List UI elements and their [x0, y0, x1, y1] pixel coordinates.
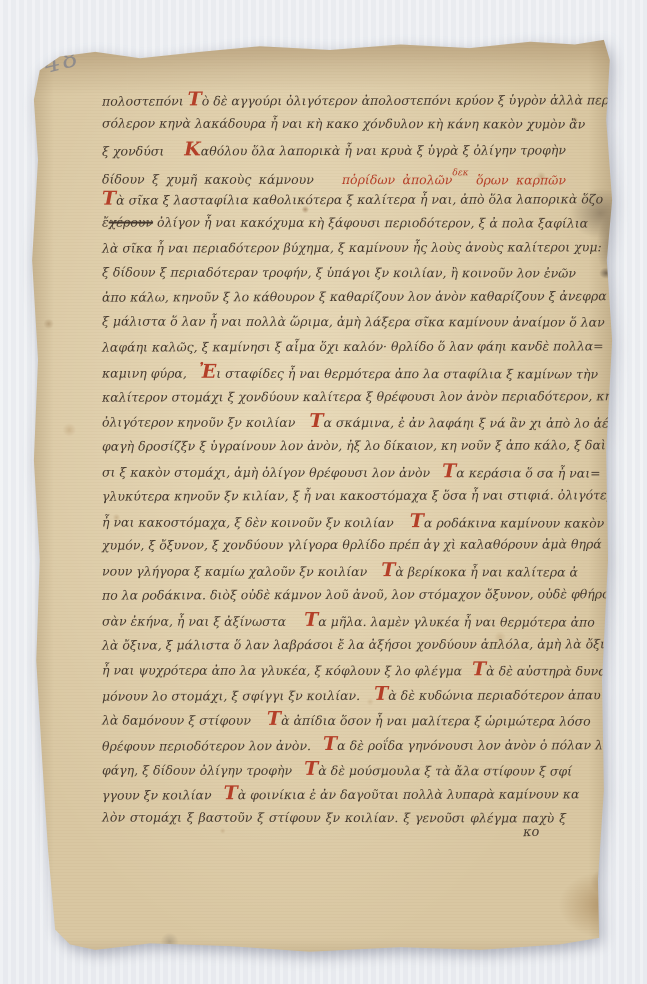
manuscript-line: ἔχέρουν ὀλίγον ἦ ναι κακόχυμα κὴ ξάφουσι…: [102, 210, 566, 236]
manuscript-line: λὰ δαμόνουν ξ στίφουνΤὰ ἀπίδια ὅσον ἦ να…: [102, 706, 566, 732]
manuscript-text: σόλερον κηνὰ λακάδουρα ἦ ναι κὴ κακο χόν…: [102, 115, 585, 131]
paragraph-gap: [360, 699, 374, 700]
manuscript-line: σι ξ κακὸν στομάχι, ἀμὴ ὀλίγον θρέφουσι …: [102, 458, 566, 484]
manuscript-text: γλυκύτερα κηνοῦν ξν κιλίαν, ξ ἦ ναι κακο…: [102, 487, 622, 503]
manuscript-line: θρέφουν περιοδότερον λον ἀνὸν.Τα δὲ ροΐδ…: [102, 731, 566, 757]
manuscript-line: πο λα ροδάκινα. διὸξ οὐδὲ κάμνον λοῦ ἀνο…: [102, 582, 566, 608]
manuscript-line: λὰ σῖκα ἦ ναι περιαδότερον βύχημα, ξ καμ…: [102, 235, 566, 261]
paragraph-gap: [311, 749, 323, 750]
red-initial: Τ: [304, 609, 318, 631]
manuscript-text: ι σταφίδες ἦ ναι θερμότερα ἀπο λα σταφίλ…: [216, 366, 598, 382]
red-initial: Τ: [442, 460, 456, 482]
manuscript-text: θρέφουν περιοδότερον λον ἀνὸν.: [102, 738, 311, 754]
manuscript-text: α δὲ ροΐδα γηνόνουσι λον ἀνὸν ὁ πόλαν λα: [337, 737, 611, 753]
manuscript-text: α σκάμινα, ἐ ἀν λαφάηι ξ νά ἂν χι ἀπὸ λο…: [323, 415, 616, 431]
manuscript-text: φαγὴ δροσίζξν ξ ὑγραίνουν λον ἀνὸν, ἠξ λ…: [102, 437, 642, 453]
paragraph-gap: [430, 476, 442, 477]
manuscript-line: νουν γλήγορα ξ καμίω χαλοῦν ξν κοιλίανΤὰ…: [102, 558, 566, 584]
paragraph-gap: [286, 625, 304, 626]
manuscript-text: λὸν στομάχι ξ βαστοῦν ξ στίφουν ξν κοιλί…: [102, 810, 566, 826]
manuscript-text: χέρουν: [109, 215, 153, 230]
manuscript-line: γγουν ξν κοιλίανΤὰ φοινίκια ἐ ἀν δαγοῦτα…: [102, 781, 566, 807]
manuscript-text: γγουν ξν κοιλίαν: [102, 788, 212, 803]
manuscript-text: λαφάηι καλῶς, ξ καμίνησι ξ αἷμα ὅχι καλό…: [102, 338, 604, 354]
manuscript-page: 48 πολοστεπόνι Τὸ δὲ αγγούρι ὀλιγότερον …: [28, 38, 618, 960]
manuscript-line: καμινη φύρα,Ἐι σταφίδες ἦ ναι θερμότερα …: [102, 359, 566, 385]
manuscript-line: φαγὴ δροσίζξν ξ ὑγραίνουν λον ἀνὸν, ἠξ λ…: [102, 434, 566, 460]
manuscript-text: λὰ σῖκα ἦ ναι περιαδότερον βύχημα, ξ καμ…: [102, 239, 602, 255]
paragraph-gap: [212, 799, 224, 800]
manuscript-line: λαφάηι καλῶς, ξ καμίνησι ξ αἷμα ὅχι καλό…: [102, 334, 566, 360]
manuscript-line: ξ μάλιστα ὅ λαν ἦ ναι πολλὰ ὥριμα, ἀμὴ λ…: [102, 310, 566, 336]
manuscript-line: μόνουν λο στομάχι, ξ σφίγγι ξν κοιλίαν.Τ…: [102, 682, 566, 708]
manuscript-text: καμινη φύρα,: [102, 365, 187, 380]
red-initial: Τ: [381, 559, 395, 581]
manuscript-text: ὰ ἀπίδια ὅσον ἦ ναι μαλίτερα ξ ὡριμώτερα…: [281, 713, 591, 729]
red-initial: Τ: [102, 188, 116, 210]
paragraph-gap: [367, 575, 381, 576]
manuscript-text: ξ δίδουν ξ περιαδότεραν τροφήν, ξ ὑπάγοι…: [102, 264, 576, 280]
red-initial: Τ: [267, 708, 281, 730]
manuscript-text: α μῆλα. λαμὲν γλυκέα ἦ ναι θερμότερα ἀπο: [318, 614, 595, 630]
red-initial: Τ: [410, 510, 424, 532]
manuscript-text: νουν γλήγορα ξ καμίω χαλοῦν ξν κοιλίαν: [102, 564, 367, 580]
red-initial: Τ: [323, 733, 337, 755]
manuscript-text: ἀπο κάλω, κηνοῦν ξ λο κάθουρον ξ καθαρίζ…: [102, 289, 607, 305]
manuscript-text: ξ χονδύσι: [102, 143, 164, 158]
paragraph-gap: [295, 426, 309, 427]
manuscript-line: πολοστεπόνι Τὸ δὲ αγγούρι ὀλιγότερον ἀπο…: [102, 86, 566, 112]
manuscript-line: λὸν στομάχι ξ βαστοῦν ξ στίφουν ξν κοιλί…: [102, 806, 566, 832]
red-rubric-text: δεκ: [452, 169, 468, 179]
manuscript-text: αθόλου ὅλα λαπορικὰ ἦ ναι κρυὰ ξ ὑγρὰ ξ …: [201, 142, 566, 158]
manuscript-line: ξ χονδύσιΚαθόλου ὅλα λαπορικὰ ἦ ναι κρυὰ…: [102, 136, 566, 162]
manuscript-text: πολοστεπόνι: [102, 93, 188, 108]
manuscript-line: φάγη, ξ δίδουν ὀλίγην τροφὴνΤὰ δὲ μούσμο…: [102, 756, 566, 782]
manuscript-text: καλίτερον στομάχι ξ χονδύουν καλίτερα ξ …: [102, 388, 612, 404]
manuscript-line: ἦ ναι κακοστόμαχα, ξ δὲν κοινοῦν ξν κοιλ…: [102, 508, 566, 534]
manuscript-text: ὰ δὲ μούσμουλα ξ τὰ ἄλα στίφουν ξ σφί: [318, 762, 572, 778]
manuscript-text: α ροδάκινα καμίνουν κακὸν: [424, 515, 604, 530]
manuscript-text: χυμόν, ξ ὄξυνον, ξ χονδύουν γλίγορα θρλί…: [102, 537, 602, 553]
paragraph-gap: [314, 183, 342, 184]
manuscript-text: μόνουν λο στομάχι, ξ σφίγγι ξν κοιλίαν.: [102, 688, 360, 704]
red-initial: Τ: [374, 683, 388, 705]
paragraph-gap: [462, 675, 472, 676]
manuscript-text: σι ξ κακὸν στομάχι, ἀμὴ ὀλίγον θρέφουσι …: [102, 464, 430, 480]
manuscript-text: ὀλίγον ἦ ναι κακόχυμα κὴ ξάφουσι περιοδό…: [153, 215, 588, 231]
red-initial: Τ: [472, 659, 486, 681]
manuscript-line: Τὰ σῖκα ξ λασταφίλια καθολικότερα ξ καλί…: [102, 186, 566, 212]
manuscript-text: πο λα ροδάκινα. διὸξ οὐδὲ κάμνον λοῦ ἀνο…: [102, 586, 647, 602]
red-initial: Τ: [309, 410, 323, 432]
manuscript-text: α κεράσια ὅ σα ἦ ναι=: [456, 465, 600, 480]
manuscript-line: σὰν ἐκήνα, ἦ ναι ξ ἀξίνωσταΤα μῆλα. λαμὲ…: [102, 607, 566, 633]
catchword: κο: [523, 825, 540, 841]
manuscript-line: δίδουν ξ χυμῆ κακοὺς κάμνουνπὁρίδων ἀπολ…: [102, 161, 566, 187]
scan-background: 48 πολοστεπόνι Τὸ δὲ αγγούρι ὀλιγότερον …: [0, 0, 647, 984]
paragraph-gap: [394, 526, 410, 527]
red-initial: Τ: [188, 88, 202, 110]
paragraph-gap: [251, 724, 267, 725]
manuscript-line: χυμόν, ξ ὄξυνον, ξ χονδύουν γλίγορα θρλί…: [102, 533, 566, 559]
text-block: πολοστεπόνι Τὸ δὲ αγγούρι ὀλιγότερον ἀπο…: [102, 87, 566, 831]
red-initial: Τ: [304, 757, 318, 779]
manuscript-text: λὰ δαμόνουν ξ στίφουν: [102, 712, 251, 727]
manuscript-line: καλίτερον στομάχι ξ χονδύουν καλίτερα ξ …: [102, 384, 566, 410]
manuscript-text: δίδουν ξ χυμῆ κακοὺς κάμνουν: [102, 172, 314, 187]
manuscript-text: ὰ βερίκοκα ἦ ναι καλίτερα ἀ: [395, 564, 578, 579]
manuscript-text: ὀλιγότερον κηνοῦν ξν κοιλίαν: [102, 415, 295, 430]
red-initial: Κ: [184, 138, 201, 160]
manuscript-line: ἦ ναι ψυχρότερα ἀπο λα γλυκέα, ξ κόφλουν…: [102, 657, 566, 683]
manuscript-line: ὀλιγότερον κηνοῦν ξν κοιλίανΤα σκάμινα, …: [102, 409, 566, 435]
manuscript-line: γλυκύτερα κηνοῦν ξν κιλίαν, ξ ἦ ναι κακο…: [102, 483, 566, 509]
manuscript-text: ξ μάλιστα ὅ λαν ἦ ναι πολλὰ ὥριμα, ἀμὴ λ…: [102, 314, 605, 330]
red-initial: Ἐ: [199, 360, 216, 382]
manuscript-text: φάγη, ξ δίδουν ὀλίγην τροφὴν: [102, 762, 292, 777]
paragraph-gap: [187, 376, 199, 377]
pencil-folio-number: 48: [41, 42, 83, 79]
manuscript-text: ἦ ναι ψυχρότερα ἀπο λα γλυκέα, ξ κόφλουν…: [102, 663, 462, 679]
manuscript-text: ὰ δὲ αὐστηρὰ δυνα: [486, 664, 607, 679]
manuscript-text: ὰ σῖκα ξ λασταφίλια καθολικότερα ξ καλίτ…: [116, 191, 603, 207]
manuscript-line: σόλερον κηνὰ λακάδουρα ἦ ναι κὴ κακο χόν…: [102, 111, 566, 137]
red-initial: Τ: [224, 783, 238, 805]
manuscript-line: ἀπο κάλω, κηνοῦν ξ λο κάθουρον ξ καθαρίζ…: [102, 285, 566, 311]
manuscript-text: σὰν ἐκήνα, ἦ ναι ξ ἀξίνωστα: [102, 613, 286, 628]
paragraph-gap: [164, 154, 184, 155]
paragraph-gap: [292, 773, 304, 774]
manuscript-text: ὰ φοινίκια ἐ ἀν δαγοῦται πολλὰ λυπαρὰ κα…: [238, 787, 580, 803]
manuscript-text: ὰ δὲ κυδώνια περιαδότερον ἀπαυ: [388, 687, 601, 703]
manuscript-line: ξ δίδουν ξ περιαδότεραν τροφήν, ξ ὑπάγοι…: [102, 260, 566, 286]
manuscript-text: ἦ ναι κακοστόμαχα, ξ δὲν κοινοῦν ξν κοιλ…: [102, 514, 394, 530]
manuscript-line: λὰ ὄξινα, ξ μάλιστα ὅ λαν λαβράσοι ἔ λα …: [102, 632, 566, 658]
manuscript-text: ὸ δὲ αγγούρι ὀλιγότερον ἀπολοστεπόνι κρύ…: [202, 92, 625, 108]
manuscript-text: λὰ ὄξινα, ξ μάλιστα ὅ λαν λαβράσοι ἔ λα …: [102, 636, 621, 652]
